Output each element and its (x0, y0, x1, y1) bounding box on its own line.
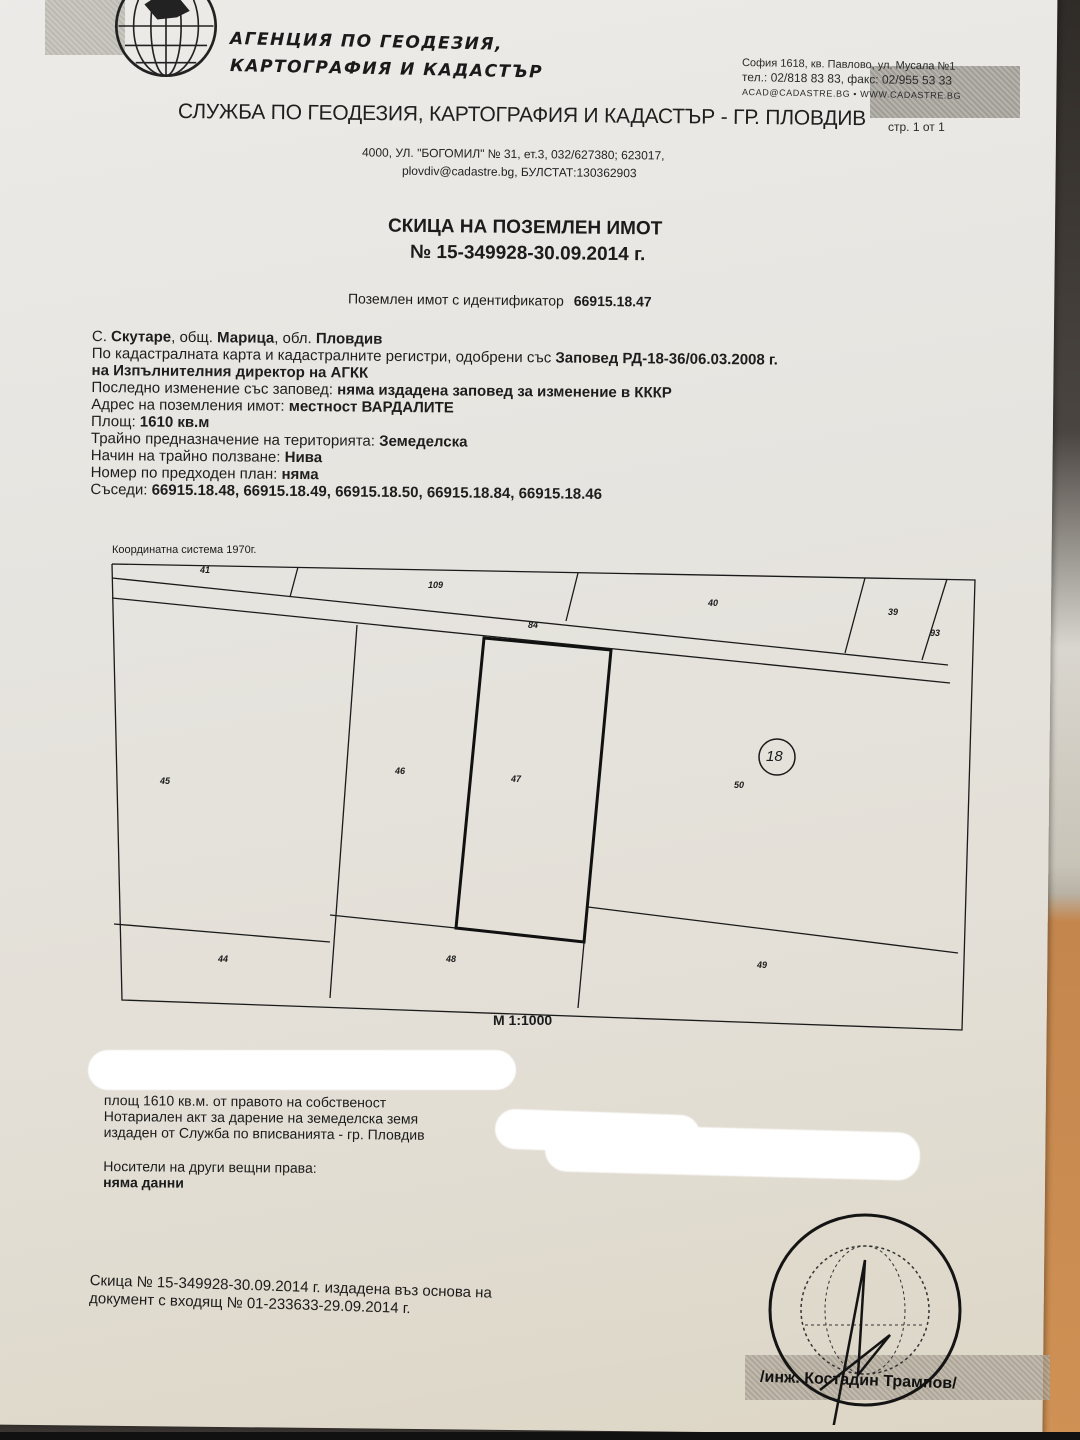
map-scale: М 1:1000 (493, 1012, 552, 1028)
redaction-deed-2 (544, 1123, 920, 1181)
redaction-owner (88, 1050, 516, 1090)
cadastral-area-number: 18 (766, 748, 783, 765)
parcel-label-40: 40 (708, 598, 718, 608)
parcel-label-44: 44 (218, 954, 228, 964)
parcel-label-46: 46 (395, 766, 405, 776)
bottom-edge (0, 1432, 1080, 1440)
parcel-label-45: 45 (160, 776, 170, 786)
parcel-label-50: 50 (734, 780, 744, 790)
ownership-issued: издаден от Служба по вписванията - гр. П… (104, 1124, 425, 1143)
parcel-label-41: 41 (200, 565, 210, 575)
parcel-label-39: 39 (888, 607, 898, 617)
parcel-label-84: 84 (528, 620, 538, 630)
parcel-label-109: 109 (428, 580, 443, 590)
parcel-label-48: 48 (446, 954, 456, 964)
parcel-label-47: 47 (511, 774, 521, 784)
parcel-label-93: 93 (930, 628, 940, 638)
parcel-label-49: 49 (757, 960, 767, 970)
ownership-block: площ 1610 кв.м. от правото на собственос… (103, 1092, 425, 1193)
other-rights-value: няма данни (103, 1174, 424, 1193)
